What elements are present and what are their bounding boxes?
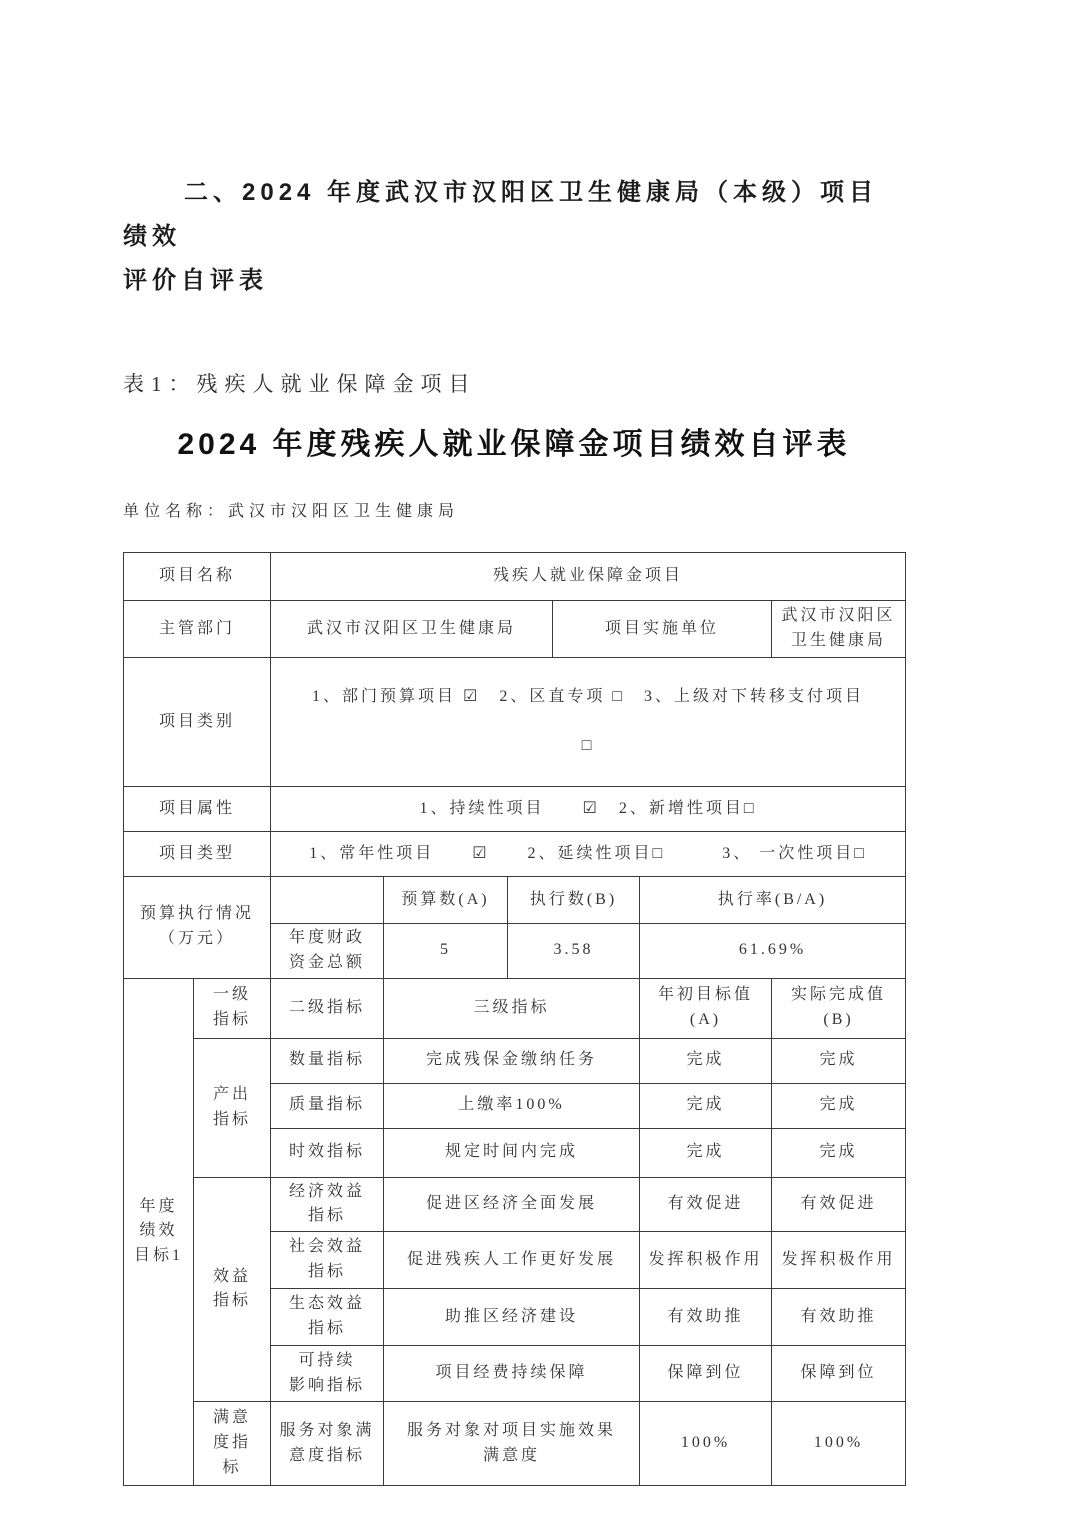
indicator-actual: 完成 [772, 1083, 906, 1128]
indicator-actual: 完成 [772, 1128, 906, 1177]
attribute-options: 1、持续性项目 ☑ 2、新增性项目□ [271, 786, 906, 831]
indicator-level2: 数量指标 [271, 1038, 384, 1083]
indicator-actual: 发挥积极作用 [772, 1232, 906, 1289]
indicator-actual: 有效助推 [772, 1289, 906, 1346]
dept-label: 主管部门 [124, 601, 271, 658]
indicator-level2: 生态效益 指标 [271, 1289, 384, 1346]
indicator-actual: 完成 [772, 1038, 906, 1083]
section-heading: 二、2024 年度武汉市汉阳区卫生健康局（本级）项目绩效 评价自评表 [123, 171, 905, 303]
header-target: 年初目标值 (A) [640, 978, 772, 1038]
row-indicator-header: 年度 绩效 目标1 一级 指标 二级指标 三级指标 年初目标值 (A) 实际完成… [124, 978, 906, 1038]
header-level1: 一级 指标 [194, 978, 271, 1038]
indicator-level2: 经济效益 指标 [271, 1177, 384, 1232]
indicator-level3: 促进残疾人工作更好发展 [384, 1232, 640, 1289]
indicator-row: 效益 指标 经济效益 指标 促进区经济全面发展 有效促进 有效促进 [124, 1177, 906, 1232]
document-page: 二、2024 年度武汉市汉阳区卫生健康局（本级）项目绩效 评价自评表 表1：残疾… [123, 171, 905, 1486]
perf-group-label: 年度 绩效 目标1 [124, 978, 194, 1486]
indicator-level2: 时效指标 [271, 1128, 384, 1177]
indicator-actual: 有效促进 [772, 1177, 906, 1232]
budget-col-budget: 预算数(A) [384, 876, 508, 923]
category-options: 1、部门预算项目 ☑ 2、区直专项 □ 3、上级对下转移支付项目 □ [271, 658, 906, 787]
row-type: 项目类型 1、常年性项目 ☑ 2、延续性项目□ 3、 一次性项目□ [124, 831, 906, 876]
indicator-level3: 服务对象对项目实施效果 满意度 [384, 1402, 640, 1486]
row-category: 项目类别 1、部门预算项目 ☑ 2、区直专项 □ 3、上级对下转移支付项目 □ [124, 658, 906, 787]
unit-name-line: 单位名称：武汉市汉阳区卫生健康局 [123, 501, 905, 523]
main-title: 2024 年度残疾人就业保障金项目绩效自评表 [123, 425, 905, 465]
indicator-target: 完成 [640, 1038, 772, 1083]
indicator-actual: 保障到位 [772, 1346, 906, 1402]
table-caption: 表1：残疾人就业保障金项目 [123, 371, 905, 397]
row-dept: 主管部门 武汉市汉阳区卫生健康局 项目实施单位 武汉市汉阳区 卫生健康局 [124, 601, 906, 658]
type-label: 项目类型 [124, 831, 271, 876]
indicator-target: 完成 [640, 1083, 772, 1128]
indicator-level3: 项目经费持续保障 [384, 1346, 640, 1402]
impl-unit-label: 项目实施单位 [553, 601, 772, 658]
attribute-label: 项目属性 [124, 786, 271, 831]
indicator-level3: 完成残保金缴纳任务 [384, 1038, 640, 1083]
indicator-target: 保障到位 [640, 1346, 772, 1402]
header-actual: 实际完成值 (B) [772, 978, 906, 1038]
indicator-level2: 质量指标 [271, 1083, 384, 1128]
exec-value: 3.58 [508, 923, 640, 978]
indicator-level2: 可持续 影响指标 [271, 1346, 384, 1402]
self-evaluation-table: 项目名称 残疾人就业保障金项目 主管部门 武汉市汉阳区卫生健康局 项目实施单位 … [123, 552, 906, 1486]
indicator-level3: 规定时间内完成 [384, 1128, 640, 1177]
budget-empty-cell [271, 876, 384, 923]
group-benefit-label: 效益 指标 [194, 1177, 271, 1402]
indicator-target: 发挥积极作用 [640, 1232, 772, 1289]
header-level3: 三级指标 [384, 978, 640, 1038]
group-satisfaction-label: 满意 度指 标 [194, 1402, 271, 1486]
indicator-level3: 助推区经济建设 [384, 1289, 640, 1346]
indicator-level3: 促进区经济全面发展 [384, 1177, 640, 1232]
indicator-target: 有效助推 [640, 1289, 772, 1346]
project-name-value: 残疾人就业保障金项目 [271, 553, 906, 601]
dept-value: 武汉市汉阳区卫生健康局 [271, 601, 553, 658]
budget-col-exec: 执行数(B) [508, 876, 640, 923]
indicator-level3: 上缴率100% [384, 1083, 640, 1128]
indicator-actual: 100% [772, 1402, 906, 1486]
category-options-line2: □ [274, 734, 902, 759]
indicator-target: 100% [640, 1402, 772, 1486]
indicator-level2: 社会效益 指标 [271, 1232, 384, 1289]
category-label: 项目类别 [124, 658, 271, 787]
rate-value: 61.69% [640, 923, 906, 978]
row-project-name: 项目名称 残疾人就业保障金项目 [124, 553, 906, 601]
budget-section-label: 预算执行情况 （万元） [124, 876, 271, 978]
row-attribute: 项目属性 1、持续性项目 ☑ 2、新增性项目□ [124, 786, 906, 831]
project-name-label: 项目名称 [124, 553, 271, 601]
indicator-target: 有效促进 [640, 1177, 772, 1232]
indicator-level2: 服务对象满 意度指标 [271, 1402, 384, 1486]
indicator-row: 产出 指标 数量指标 完成残保金缴纳任务 完成 完成 [124, 1038, 906, 1083]
budget-row-label: 年度财政 资金总额 [271, 923, 384, 978]
impl-unit-value: 武汉市汉阳区 卫生健康局 [772, 601, 906, 658]
budget-value: 5 [384, 923, 508, 978]
header-level2: 二级指标 [271, 978, 384, 1038]
group-output-label: 产出 指标 [194, 1038, 271, 1177]
budget-col-rate: 执行率(B/A) [640, 876, 906, 923]
indicator-target: 完成 [640, 1128, 772, 1177]
indicator-row: 满意 度指 标 服务对象满 意度指标 服务对象对项目实施效果 满意度 100% … [124, 1402, 906, 1486]
row-budget-header: 预算执行情况 （万元） 预算数(A) 执行数(B) 执行率(B/A) [124, 876, 906, 923]
category-options-line1: 1、部门预算项目 ☑ 2、区直专项 □ 3、上级对下转移支付项目 [274, 685, 902, 710]
type-options: 1、常年性项目 ☑ 2、延续性项目□ 3、 一次性项目□ [271, 831, 906, 876]
